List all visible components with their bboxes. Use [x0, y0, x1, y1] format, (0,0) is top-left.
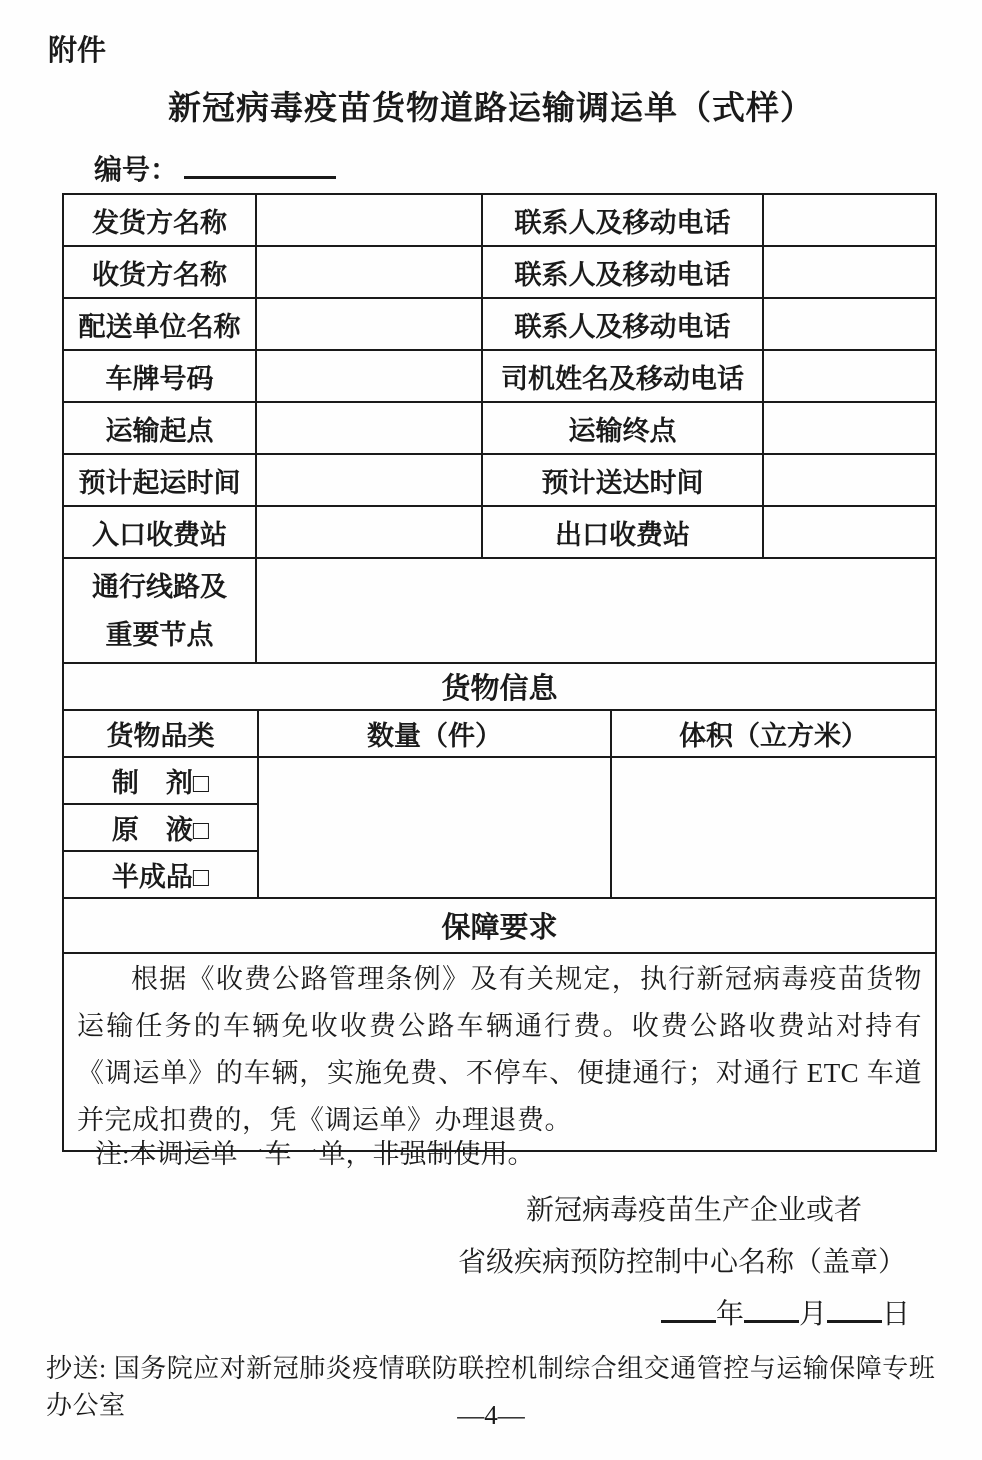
- table-row: 收货方名称 联系人及移动电话: [63, 246, 936, 298]
- guarantee-text: 根据《收费公路管理条例》及有关规定，执行新冠病毒疫苗货物运输任务的车辆免收收费公…: [77, 956, 922, 1144]
- cargo-section-header-row: 货物信息: [63, 663, 936, 710]
- guarantee-header-row: 保障要求: [63, 898, 936, 953]
- table-row: 发货方名称 联系人及移动电话: [63, 194, 936, 246]
- route-label: 通行线路及 重要节点: [63, 558, 256, 663]
- route-value-cell: [256, 558, 936, 663]
- attachment-label: 附件: [48, 28, 106, 69]
- cargo-section-title: 货物信息: [63, 663, 936, 710]
- note-line: 注:本调运单一车一单，非强制使用。: [95, 1132, 535, 1171]
- table-row: 运输起点 运输终点: [63, 402, 936, 454]
- field-value-cell: [256, 402, 482, 454]
- table-row: 车牌号码 司机姓名及移动电话: [63, 350, 936, 402]
- cargo-category-row: 制 剂□: [63, 757, 936, 804]
- serial-number-row: 编号：: [94, 148, 336, 188]
- field-value-cell: [763, 298, 936, 350]
- cargo-header-quantity: 数量（件）: [258, 710, 611, 757]
- cargo-quantity-cell: [258, 757, 611, 898]
- field-value-cell: [256, 298, 482, 350]
- serial-label: 编号：: [94, 154, 178, 185]
- table-row: 入口收费站 出口收费站: [63, 506, 936, 558]
- field-label: 运输终点: [482, 402, 763, 454]
- page-number: —4—: [0, 1400, 982, 1431]
- field-label: 运输起点: [63, 402, 256, 454]
- document-page: 附件 新冠病毒疫苗货物道路运输调运单（式样） 编号： 发货方名称 联系人及移动电…: [0, 0, 982, 1460]
- field-label: 车牌号码: [63, 350, 256, 402]
- year-blank-line: [661, 1298, 716, 1323]
- day-label: 日: [882, 1299, 910, 1330]
- field-label: 联系人及移动电话: [482, 298, 763, 350]
- field-label: 配送单位名称: [63, 298, 256, 350]
- field-value-cell: [256, 506, 482, 558]
- cargo-volume-cell: [611, 757, 936, 898]
- field-label: 入口收费站: [63, 506, 256, 558]
- field-value-cell: [763, 402, 936, 454]
- day-blank-line: [827, 1298, 882, 1323]
- cargo-header-row: 货物品类 数量（件） 体积（立方米）: [63, 710, 936, 757]
- field-value-cell: [763, 350, 936, 402]
- dispatch-form-table-main: 发货方名称 联系人及移动电话 收货方名称 联系人及移动电话 配送单位名称 联系人…: [62, 193, 937, 664]
- field-label: 联系人及移动电话: [482, 194, 763, 246]
- field-label: 联系人及移动电话: [482, 246, 763, 298]
- field-value-cell: [256, 454, 482, 506]
- field-value-cell: [256, 246, 482, 298]
- signature-line-1: 新冠病毒疫苗生产企业或者: [0, 1188, 982, 1228]
- date-line: 年月日: [0, 1292, 982, 1332]
- guarantee-text-cell: 根据《收费公路管理条例》及有关规定，执行新冠病毒疫苗货物运输任务的车辆免收收费公…: [63, 953, 936, 1151]
- cargo-header-category: 货物品类: [63, 710, 258, 757]
- cargo-category-semi-finished: 半成品□: [63, 851, 258, 898]
- field-label: 司机姓名及移动电话: [482, 350, 763, 402]
- field-value-cell: [763, 246, 936, 298]
- guarantee-table: 保障要求 根据《收费公路管理条例》及有关规定，执行新冠病毒疫苗货物运输任务的车辆…: [62, 897, 937, 1152]
- page-title: 新冠病毒疫苗货物道路运输调运单（式样）: [0, 82, 982, 129]
- month-label: 月: [799, 1299, 827, 1330]
- field-label: 预计送达时间: [482, 454, 763, 506]
- dispatch-form: 发货方名称 联系人及移动电话 收货方名称 联系人及移动电话 配送单位名称 联系人…: [62, 193, 935, 1152]
- field-value-cell: [256, 350, 482, 402]
- cargo-info-table: 货物信息 货物品类 数量（件） 体积（立方米） 制 剂□ 原 液□ 半成品□: [62, 662, 937, 899]
- table-row-route: 通行线路及 重要节点: [63, 558, 936, 663]
- cargo-header-volume: 体积（立方米）: [611, 710, 936, 757]
- field-value-cell: [763, 454, 936, 506]
- route-label-line2: 重要节点: [64, 611, 255, 659]
- guarantee-section-title: 保障要求: [63, 898, 936, 953]
- serial-blank-line: [184, 152, 336, 179]
- signature-line-2: 省级疾病预防控制中心名称（盖章）: [0, 1240, 982, 1280]
- month-blank-line: [744, 1298, 799, 1323]
- cargo-category-preparation: 制 剂□: [63, 757, 258, 804]
- field-label: 预计起运时间: [63, 454, 256, 506]
- cargo-category-stock-solution: 原 液□: [63, 804, 258, 851]
- year-label: 年: [716, 1299, 744, 1330]
- route-label-line1: 通行线路及: [64, 563, 255, 611]
- field-label: 收货方名称: [63, 246, 256, 298]
- table-row: 配送单位名称 联系人及移动电话: [63, 298, 936, 350]
- guarantee-text-row: 根据《收费公路管理条例》及有关规定，执行新冠病毒疫苗货物运输任务的车辆免收收费公…: [63, 953, 936, 1151]
- field-label: 发货方名称: [63, 194, 256, 246]
- field-value-cell: [763, 506, 936, 558]
- field-label: 出口收费站: [482, 506, 763, 558]
- field-value-cell: [256, 194, 482, 246]
- field-value-cell: [763, 194, 936, 246]
- table-row: 预计起运时间 预计送达时间: [63, 454, 936, 506]
